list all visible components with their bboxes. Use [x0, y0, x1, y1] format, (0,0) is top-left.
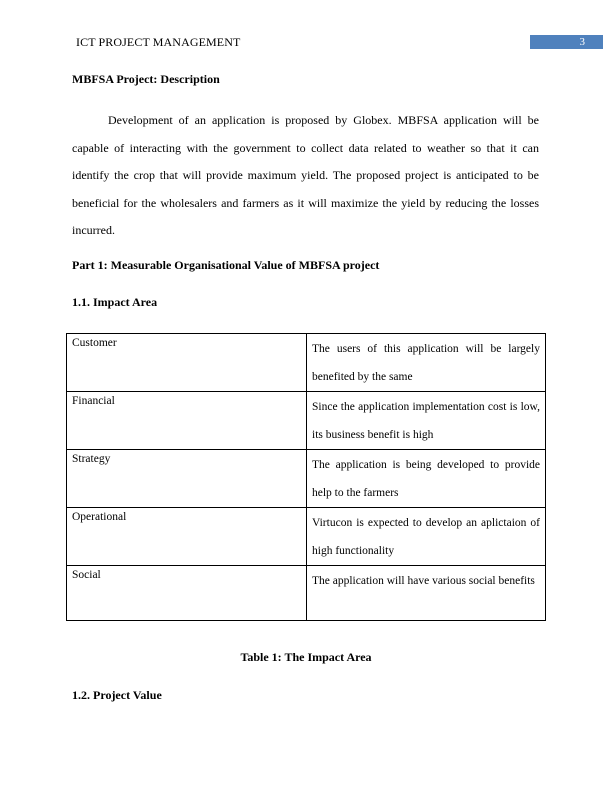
table-row: SocialThe application will have various …: [67, 566, 546, 621]
impact-description-cell: The application is being developed to pr…: [307, 450, 546, 508]
description-heading: MBFSA Project: Description: [72, 72, 220, 87]
description-paragraph: Development of an application is propose…: [72, 107, 539, 245]
running-header-title: ICT PROJECT MANAGEMENT: [76, 35, 240, 50]
impact-area-cell: Social: [67, 566, 307, 621]
impact-description-cell: The users of this application will be la…: [307, 334, 546, 392]
table-row: StrategyThe application is being develop…: [67, 450, 546, 508]
impact-area-table: CustomerThe users of this application wi…: [66, 333, 546, 621]
impact-description-cell: Virtucon is expected to develop an aplic…: [307, 508, 546, 566]
impact-area-subheading: 1.1. Impact Area: [72, 295, 157, 310]
part1-heading: Part 1: Measurable Organisational Value …: [72, 258, 379, 273]
table-row: FinancialSince the application implement…: [67, 392, 546, 450]
table-row: CustomerThe users of this application wi…: [67, 334, 546, 392]
project-value-subheading: 1.2. Project Value: [72, 688, 162, 703]
impact-area-cell: Customer: [67, 334, 307, 392]
impact-area-cell: Strategy: [67, 450, 307, 508]
impact-area-cell: Operational: [67, 508, 307, 566]
page-number: 3: [530, 35, 603, 49]
table-caption: Table 1: The Impact Area: [66, 650, 546, 665]
impact-area-cell: Financial: [67, 392, 307, 450]
impact-description-cell: The application will have various social…: [307, 566, 546, 621]
impact-description-cell: Since the application implementation cos…: [307, 392, 546, 450]
table-row: OperationalVirtucon is expected to devel…: [67, 508, 546, 566]
description-text: Development of an application is propose…: [72, 107, 539, 245]
